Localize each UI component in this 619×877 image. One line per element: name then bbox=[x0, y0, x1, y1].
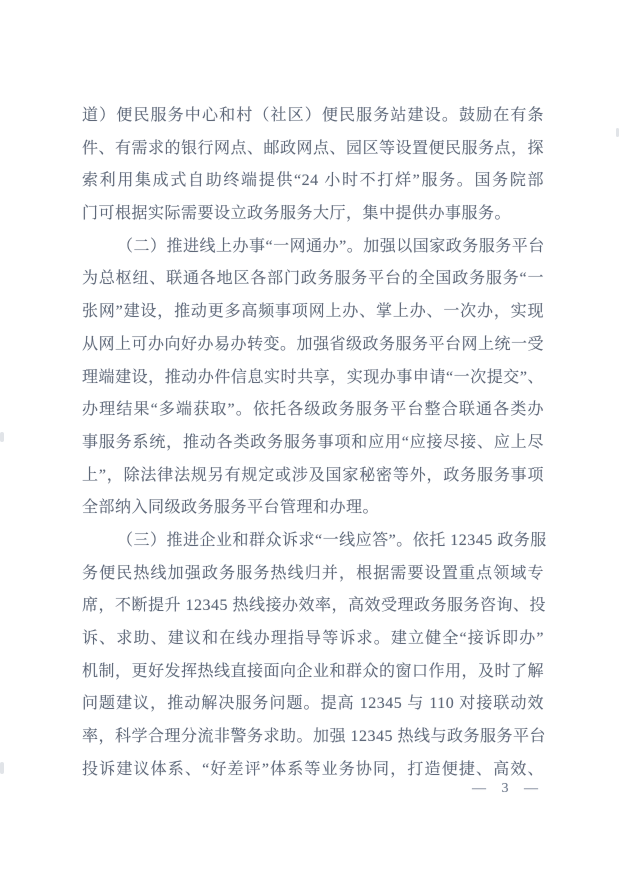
text-line: 问题建议，推动解决服务问题。提高 12345 与 110 对接联动效 bbox=[82, 688, 544, 721]
paragraph-1: 道）便民服务中心和村（社区）便民服务站建设。鼓励在有条 件、有需求的银行网点、邮… bbox=[82, 100, 544, 231]
page-number: — 3 — bbox=[472, 781, 543, 797]
text-line: 机制，更好发挥热线直接面向企业和群众的窗口作用，及时了解 bbox=[82, 656, 544, 689]
text-line: 上”，除法律法规另有规定或涉及国家秘密等外，政务服务事项 bbox=[82, 460, 544, 493]
text-line: 务便民热线加强政务服务热线归并，根据需要设置重点领域专 bbox=[82, 558, 544, 591]
body-text: 道）便民服务中心和村（社区）便民服务站建设。鼓励在有条 件、有需求的银行网点、邮… bbox=[82, 100, 544, 786]
document-page: 道）便民服务中心和村（社区）便民服务站建设。鼓励在有条 件、有需求的银行网点、邮… bbox=[0, 0, 619, 877]
text-line: 从网上可办向好办易办转变。加强省级政务服务平台网上统一受 bbox=[82, 329, 544, 362]
text-line: 率，科学合理分流非警务求助。加强 12345 热线与政务服务平台 bbox=[82, 721, 544, 754]
text-line: 道）便民服务中心和村（社区）便民服务站建设。鼓励在有条 bbox=[82, 100, 544, 133]
text-line: 索利用集成式自助终端提供“24 小时不打烊”服务。国务院部 bbox=[82, 165, 544, 198]
text-line: 席，不断提升 12345 热线接办效率，高效受理政务服务咨询、投 bbox=[82, 590, 544, 623]
text-line: （二）推进线上办事“一网通办”。加强以国家政务服务平台 bbox=[82, 231, 544, 264]
paragraph-2: （二）推进线上办事“一网通办”。加强以国家政务服务平台 为总枢纽、联通各地区各部… bbox=[82, 231, 544, 525]
text-line: 门可根据实际需要设立政务服务大厅，集中提供办事服务。 bbox=[82, 198, 544, 231]
scan-artifact bbox=[0, 762, 4, 774]
text-line: 办理结果“多端获取”。依托各级政务服务平台整合联通各类办 bbox=[82, 394, 544, 427]
text-line: 事服务系统，推动各类政务服务事项和应用“应接尽接、应上尽 bbox=[82, 427, 544, 460]
text-line: 全部纳入同级政务服务平台管理和办理。 bbox=[82, 492, 544, 525]
text-line: 理端建设，推动办件信息实时共享，实现办事申请“一次提交”、 bbox=[82, 362, 544, 395]
scan-artifact bbox=[0, 432, 4, 442]
paragraph-3: （三）推进企业和群众诉求“一线应答”。依托 12345 政务服 务便民热线加强政… bbox=[82, 525, 544, 787]
text-line: 诉、求助、建议和在线办理指导等诉求。建立健全“接诉即办” bbox=[82, 623, 544, 656]
text-line: 件、有需求的银行网点、邮政网点、园区等设置便民服务点，探 bbox=[82, 133, 544, 166]
text-line: 张网”建设，推动更多高频事项网上办、掌上办、一次办，实现 bbox=[82, 296, 544, 329]
text-line: （三）推进企业和群众诉求“一线应答”。依托 12345 政务服 bbox=[82, 525, 544, 558]
text-line: 为总枢纽、联通各地区各部门政务服务平台的全国政务服务“一 bbox=[82, 263, 544, 296]
